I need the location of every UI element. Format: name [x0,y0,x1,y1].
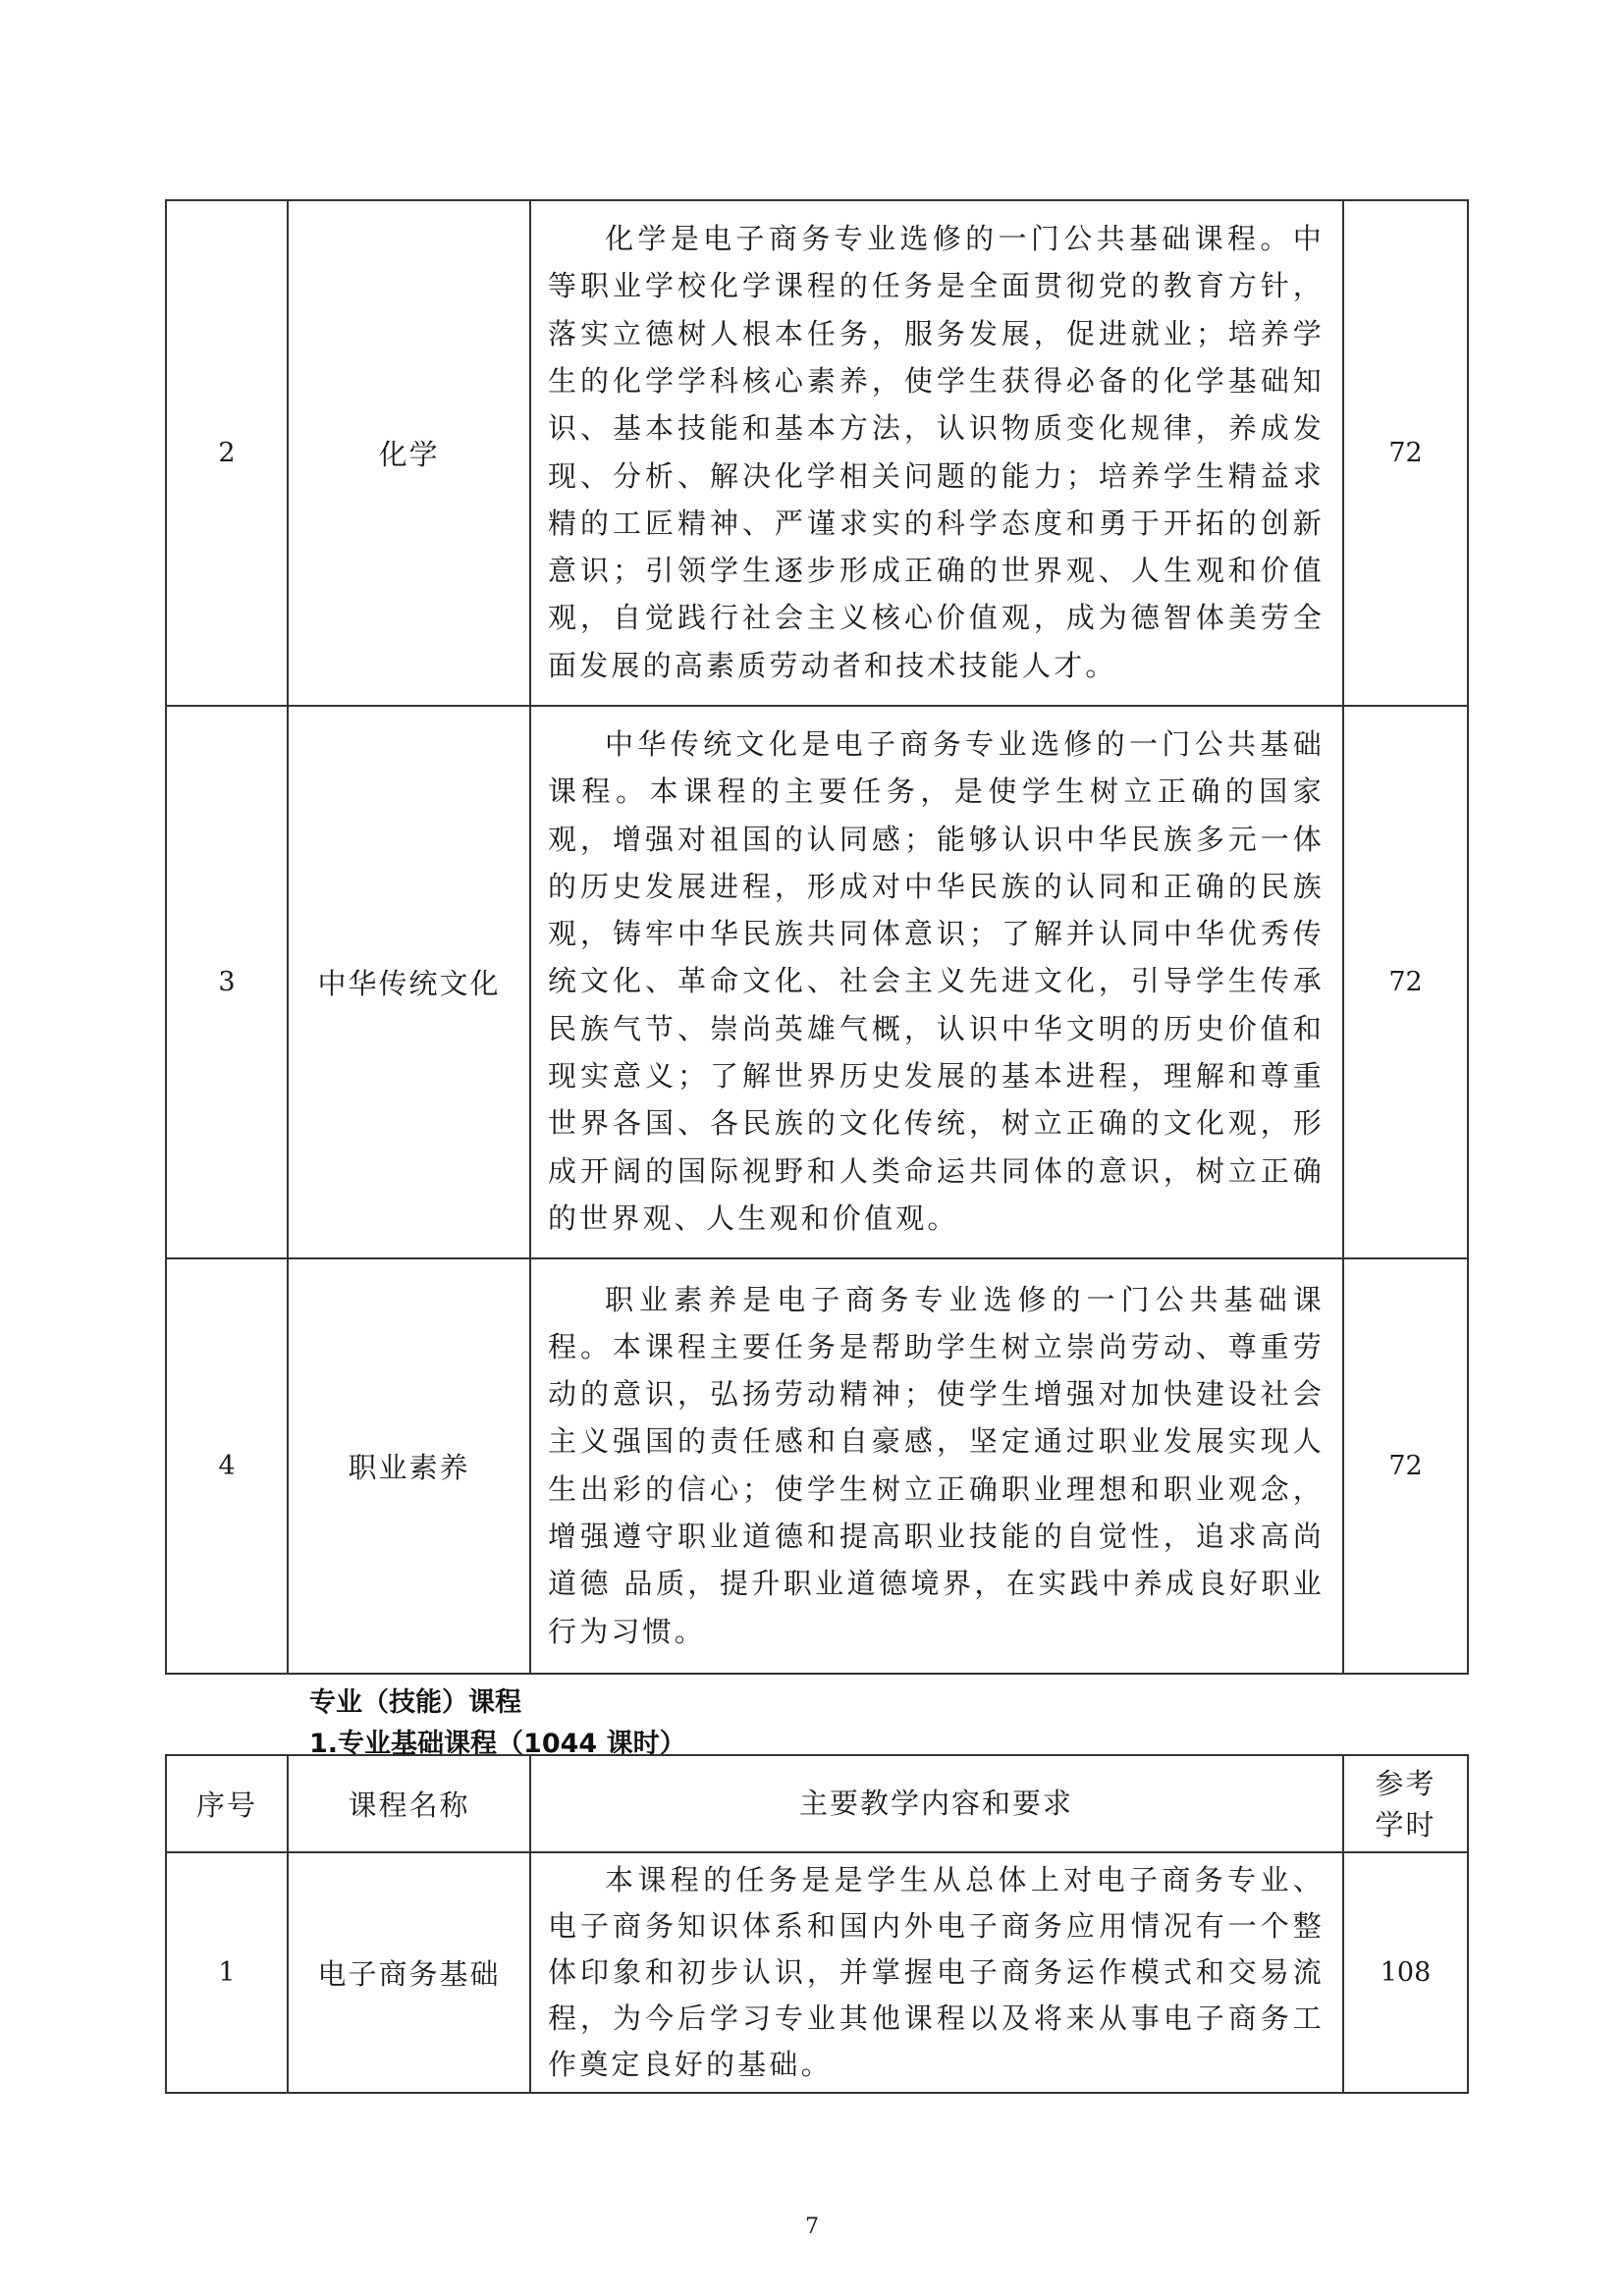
header-hours-line1: 参考 [1344,1763,1467,1804]
professional-foundation-courses-table: 序号 课程名称 主要教学内容和要求 参考 学时 1 电子商务基础 本课程的任务是… [165,1754,1469,2094]
row-number: 1 [166,1852,288,2093]
table-row: 2 化学 化学是电子商务专业选修的一门公共基础课程。中等职业学校化学课程的任务是… [166,200,1468,706]
header-course-name: 课程名称 [288,1755,530,1852]
table-row: 1 电子商务基础 本课程的任务是是学生从总体上对电子商务专业、电子商务知识体系和… [166,1852,1468,2093]
row-number: 3 [166,706,288,1258]
course-description: 职业素养是电子商务专业选修的一门公共基础课程。本课程主要任务是帮助学生树立崇尚劳… [530,1258,1343,1674]
course-description-text: 化学是电子商务专业选修的一门公共基础课程。中等职业学校化学课程的任务是全面贯彻党… [548,215,1325,689]
course-description-text: 中华传统文化是电子商务专业选修的一门公共基础课程。本课程的主要任务，是使学生树立… [548,721,1325,1242]
header-hours-line2: 学时 [1344,1804,1467,1845]
course-name: 中华传统文化 [288,706,530,1258]
row-number: 2 [166,200,288,706]
course-description-text: 职业素养是电子商务专业选修的一门公共基础课程。本课程主要任务是帮助学生树立崇尚劳… [548,1276,1325,1655]
section-heading: 专业（技能）课程 [309,1681,521,1719]
course-name: 电子商务基础 [288,1852,530,2093]
header-hours: 参考 学时 [1343,1755,1468,1852]
course-description-text: 本课程的任务是是学生从总体上对电子商务专业、电子商务知识体系和国内外电子商务应用… [548,1857,1325,2088]
course-description: 中华传统文化是电子商务专业选修的一门公共基础课程。本课程的主要任务，是使学生树立… [530,706,1343,1258]
page-number: 7 [0,2215,1624,2239]
row-number: 4 [166,1258,288,1674]
public-courses-table-continued: 2 化学 化学是电子商务专业选修的一门公共基础课程。中等职业学校化学课程的任务是… [165,199,1469,1675]
table-row: 4 职业素养 职业素养是电子商务专业选修的一门公共基础课程。本课程主要任务是帮助… [166,1258,1468,1674]
course-hours: 72 [1343,706,1468,1258]
table-header-row: 序号 课程名称 主要教学内容和要求 参考 学时 [166,1755,1468,1852]
course-hours: 108 [1343,1852,1468,2093]
course-hours: 72 [1343,200,1468,706]
course-name: 职业素养 [288,1258,530,1674]
table-row: 3 中华传统文化 中华传统文化是电子商务专业选修的一门公共基础课程。本课程的主要… [166,706,1468,1258]
header-number: 序号 [166,1755,288,1852]
course-description: 化学是电子商务专业选修的一门公共基础课程。中等职业学校化学课程的任务是全面贯彻党… [530,200,1343,706]
course-name: 化学 [288,200,530,706]
course-description: 本课程的任务是是学生从总体上对电子商务专业、电子商务知识体系和国内外电子商务应用… [530,1852,1343,2093]
course-hours: 72 [1343,1258,1468,1674]
header-description: 主要教学内容和要求 [530,1755,1343,1852]
